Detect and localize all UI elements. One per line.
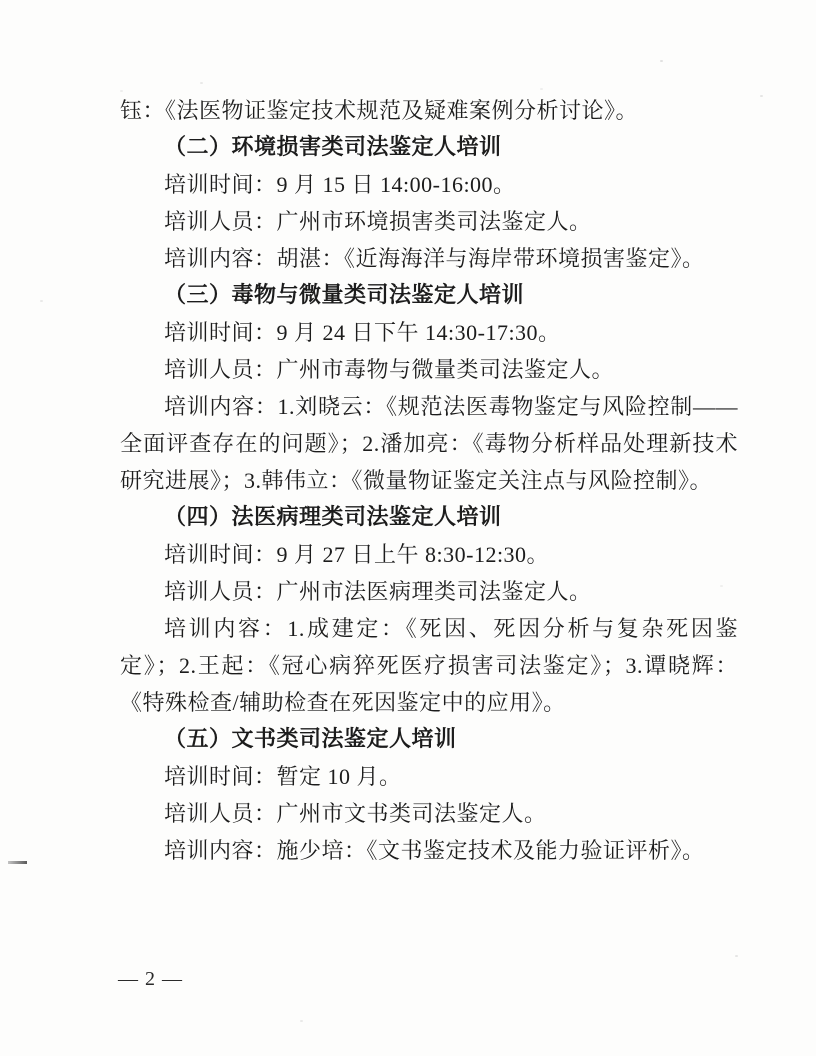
paragraph: 培训内容：1.成建定：《死因、死因分析与复杂死因鉴定》；2.王起：《冠心病猝死医… [120,610,738,721]
paragraph: 培训人员：广州市环境损害类司法鉴定人。 [120,203,738,240]
paragraph: 培训时间：暂定 10 月。 [120,758,738,795]
paragraph: 培训内容：胡湛：《近海海洋与海岸带环境损害鉴定》。 [120,240,738,277]
page-number: — 2 — [118,966,183,992]
paragraph: 培训人员：广州市法医病理类司法鉴定人。 [120,573,738,610]
paragraph: 培训内容：施少培：《文书鉴定技术及能力验证评析》。 [120,832,738,869]
section-heading: （四）法医病理类司法鉴定人培训 [120,499,738,536]
document-page: 钰：《法医物证鉴定技术规范及疑难案例分析讨论》。（二）环境损害类司法鉴定人培训培… [0,0,816,1056]
section-heading: （二）环境损害类司法鉴定人培训 [120,129,738,166]
paragraph: 培训时间：9 月 24 日下午 14:30-17:30。 [120,314,738,351]
section-heading: （三）毒物与微量类司法鉴定人培训 [120,277,738,314]
paragraph: 钰：《法医物证鉴定技术规范及疑难案例分析讨论》。 [120,92,738,129]
margin-mark [8,861,27,864]
paragraph: 培训人员：广州市毒物与微量类司法鉴定人。 [120,351,738,388]
paragraph: 培训内容：1.刘晓云：《规范法医毒物鉴定与风险控制——全面评查存在的问题》；2.… [120,388,738,499]
paragraph: 培训人员：广州市文书类司法鉴定人。 [120,795,738,832]
paragraph: 培训时间：9 月 27 日上午 8:30-12:30。 [120,536,738,573]
section-heading: （五）文书类司法鉴定人培训 [120,721,738,758]
scan-noise-speckles [660,60,663,62]
paragraph: 培训时间：9 月 15 日 14:00-16:00。 [120,166,738,203]
document-body: 钰：《法医物证鉴定技术规范及疑难案例分析讨论》。（二）环境损害类司法鉴定人培训培… [120,92,738,869]
